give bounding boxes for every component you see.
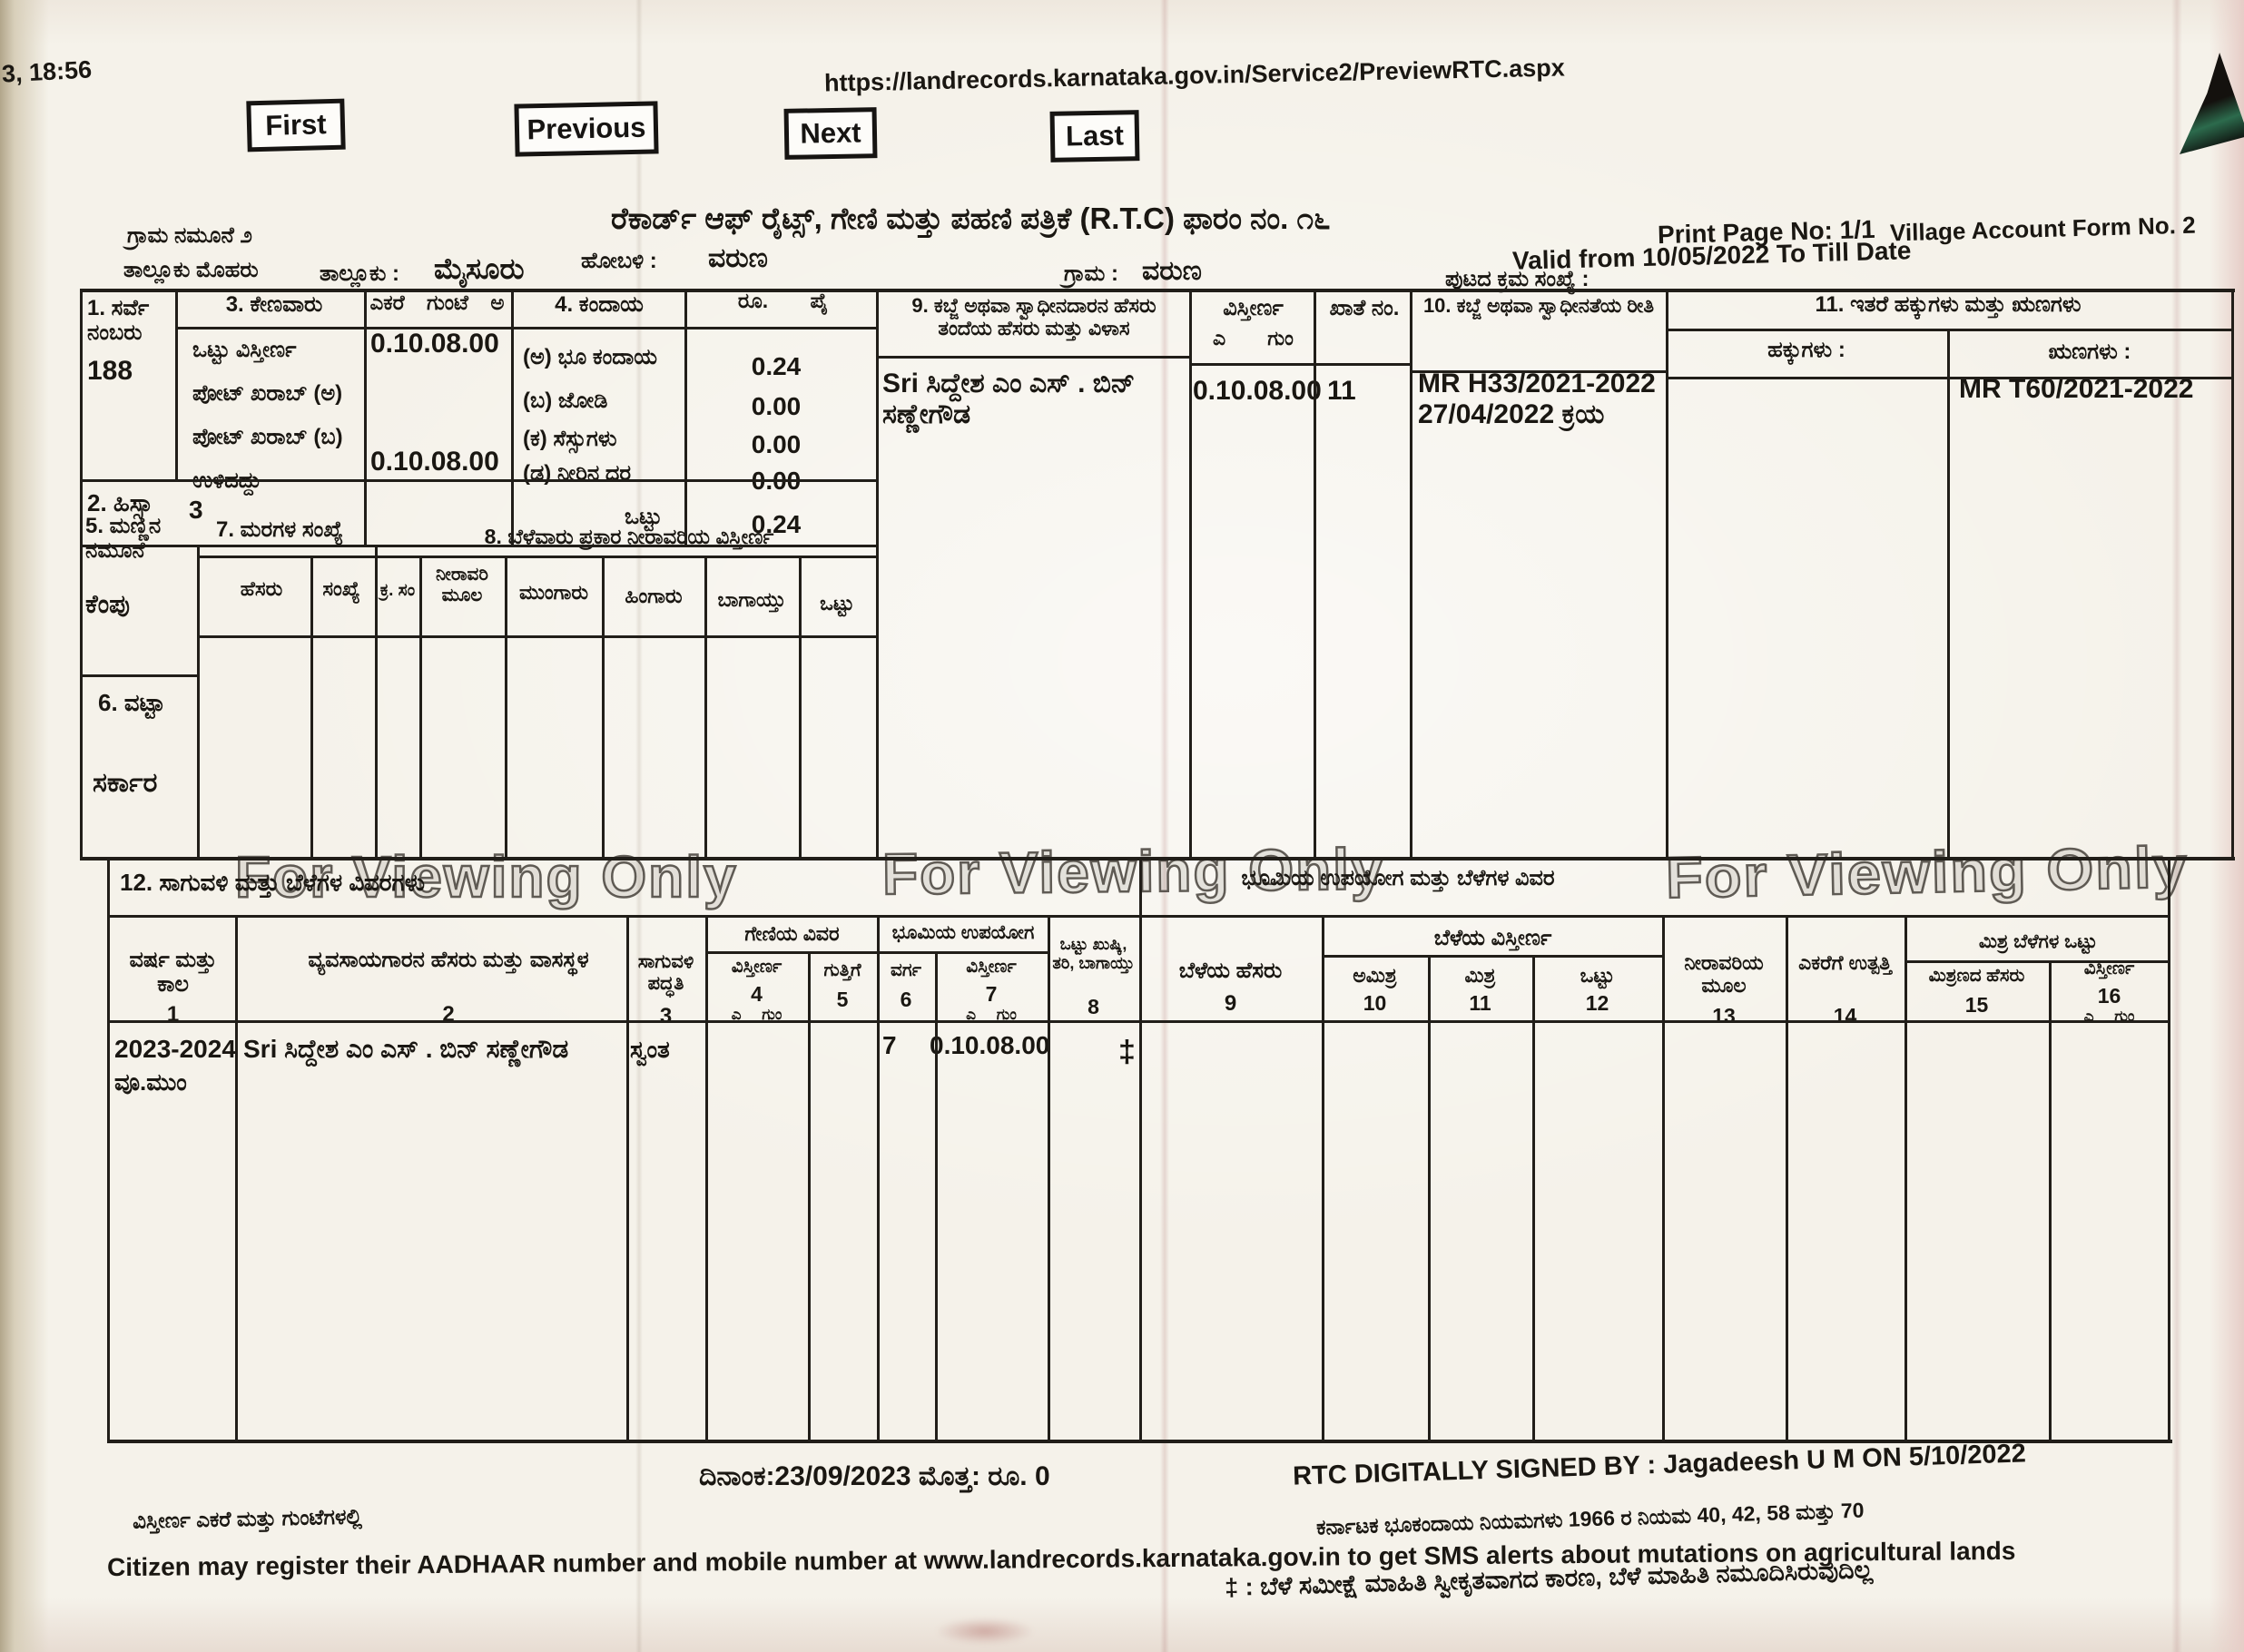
- col5-header: ಗುತ್ತಿಗೆ: [810, 960, 875, 981]
- digitally-signed-text: RTC DIGITALLY SIGNED BY : Jagadeesh U M …: [1293, 1439, 2027, 1491]
- extent-row-label: ಒಟ್ಟು ವಿಸ್ತೀರ್ಣ: [192, 338, 296, 362]
- col5-number: 5: [810, 988, 875, 1011]
- occupant-header: 9. ಕಬ್ಜೆ ಅಥವಾ ಸ್ವಾಧೀನದಾರನ ಹೆಸರು ತಂದೆಯ ಹೆ…: [885, 294, 1183, 339]
- village-account-form-no: Village Account Form No. 2: [1890, 212, 2196, 247]
- tree-count-label: ಸಂಖ್ಯೆ: [310, 577, 372, 600]
- grid-line: [197, 556, 878, 558]
- col6-header: ವರ್ಗ: [879, 960, 933, 981]
- grid-line: [107, 857, 110, 1443]
- grid-line: [684, 289, 687, 546]
- grid-line: [107, 915, 2170, 918]
- next-button[interactable]: Next: [784, 107, 878, 160]
- kharif-label: ಮುಂಗಾರು: [507, 581, 601, 604]
- crop-row-extent: 0.10.08.00: [930, 1031, 1049, 1060]
- col11-number: 11: [1430, 991, 1530, 1015]
- section12-label: 12. ಸಾಗುವಳಿ ಮತ್ತು ಬೆಳೆಗಳ ವಿವರಗಳು: [120, 870, 425, 897]
- kandaya-row-value: 0.00: [722, 467, 831, 496]
- kandaya-row-label: (ಡ) ನೀರಿನ ದರ: [523, 461, 631, 486]
- crop-extent-group-label: ಬೆಳೆಯ ವಿಸ್ತೀರ್ಣ: [1324, 926, 1662, 950]
- grid-line: [175, 289, 178, 481]
- acquisition-mode-value: MR H33/2021-2022 27/04/2022 ಕ್ರಯ: [1418, 369, 1668, 430]
- grid-line: [876, 356, 1192, 359]
- tenancy-group-label: ಗೇಣಿಯ ವಿವರ: [707, 922, 877, 945]
- grid-line: [310, 556, 313, 859]
- crop-row-year: 2023-2024: [114, 1035, 236, 1064]
- survey-no-value: 188: [87, 356, 133, 387]
- col12-header: ಒಟ್ಟು: [1534, 964, 1660, 987]
- col4-header: ವಿಸ್ತೀರ್ಣ: [707, 957, 806, 978]
- col1-number: 1: [113, 1002, 233, 1027]
- col15-header: ಮಿಶ್ರಣದ ಹೆಸರು: [1906, 966, 2047, 987]
- grid-line: [2049, 960, 2052, 1443]
- kandaya-row-label: (ಕ) ಸೆಸ್ಸುಗಳು: [523, 427, 616, 451]
- extent-units-note: ವಿಸ್ತೀರ್ಣ ಎಕರೆ ಮತ್ತು ಗುಂಟೆಗಳಲ್ಲಿ: [133, 1504, 362, 1533]
- clock-text: 3, 18:56: [1, 55, 93, 88]
- kandaya-label: 4. ಕಂದಾಯ: [517, 292, 681, 317]
- hobli-value: ವರುಣ: [708, 243, 768, 274]
- grid-line: [1322, 955, 1664, 958]
- corner-fold-mark: [2180, 53, 2244, 154]
- kandaya-row-value: 0.24: [722, 352, 831, 381]
- col14-number: 14: [1787, 1004, 1903, 1028]
- col16-header: ವಿಸ್ತೀರ್ಣ: [2051, 959, 2168, 979]
- extent-unit-label: ಎಕರೆ ಗುಂಟೆ ಅ: [367, 290, 507, 314]
- first-button[interactable]: First: [246, 99, 345, 152]
- kandaya-unit-label: ರೂ. ಪೈ: [699, 289, 867, 312]
- grid-line: [1139, 857, 1142, 1443]
- paper-crease: [635, 0, 643, 1652]
- rights-label: ಹಕ್ಕುಗಳು :: [1716, 338, 1897, 362]
- col14-header: ಎಕರೆಗೆ ಉತ್ಪತ್ತಿ: [1787, 951, 1903, 974]
- grid-line: [1947, 329, 1950, 859]
- village-label: ಗ್ರಾಮ :: [1064, 261, 1118, 286]
- vatta-value: ಸರ್ಕಾರ: [93, 768, 157, 799]
- grid-line: [1314, 289, 1316, 859]
- crop-row-season: ವೂ.ಮುಂ: [114, 1069, 187, 1096]
- village-form-note-line1: ಗ್ರಾಮ ನಮೂನೆ ೨: [127, 223, 252, 248]
- col11-header: ಮಿಶ್ರ: [1430, 964, 1530, 987]
- col13-header: ನೀರಾವರಿಯ ಮೂಲ: [1664, 951, 1784, 997]
- grid-line: [1786, 915, 1788, 1443]
- remaining-extent-value: 0.10.08.00: [370, 447, 499, 477]
- col7-unit: ಎ ಗುಂ: [937, 1006, 1046, 1023]
- date-amount-text: ದಿನಾಂಕ:23/09/2023 ಮೊತ್ತ: ರೂ. 0: [699, 1461, 1050, 1492]
- village-value: ವರುಣ: [1142, 256, 1202, 287]
- grid-line: [1410, 289, 1412, 859]
- col16-number: 16: [2051, 984, 2168, 1008]
- grid-line: [876, 289, 879, 859]
- col9-header: ಬೆಳೆಯ ಹೆಸರು: [1141, 959, 1320, 983]
- kandaya-row-label: (ಬ) ಜೋಡಿ: [523, 388, 607, 413]
- grid-line: [197, 635, 878, 638]
- village-form-note-line2: ತಾಲ್ಲೂಕು ಮೊಹರು: [123, 258, 259, 282]
- land-revenue-rules-text: ಕರ್ನಾಟಕ ಭೂಕಂದಾಯ ನಿಯಮಗಳು 1966 ರ ನಿಯಮ 40, …: [1316, 1499, 1865, 1539]
- total-extent-value: 0.10.08.00: [370, 329, 499, 359]
- kenavaru-label: 3. ಕೇಣವಾರು: [189, 292, 359, 317]
- paper-crease: [1160, 0, 1169, 1652]
- rabi-label: ಹಿಂಗಾರು: [605, 585, 703, 607]
- col2-number: 2: [272, 1002, 625, 1027]
- irrigation-source-label: ನೀರಾವರಿ ಮೂಲ: [421, 565, 503, 606]
- acquisition-mode-header: 10. ಕಬ್ಜೆ ಅಥವಾ ಸ್ವಾಧೀನತೆಯ ರೀತಿ: [1416, 294, 1661, 317]
- col6-number: 6: [879, 988, 933, 1011]
- kandaya-row-value: 0.00: [722, 392, 831, 421]
- khata-no-header: ಖಾತೆ ನಂ.: [1324, 296, 1405, 320]
- col8-header: ಒಟ್ಟು ಖುಷ್ಕಿ, ತರಿ, ಬಾಗಾಯ್ತು: [1049, 935, 1137, 972]
- grid-line: [80, 857, 2235, 860]
- page-serial-label: ಪುಟದ ಕ್ರಮ ಸಂಖ್ಯೆ :: [1445, 267, 1589, 291]
- col4-number: 4: [707, 982, 806, 1006]
- tree-name-label: ಹೆಸರು: [218, 577, 305, 600]
- col10-number: 10: [1324, 991, 1426, 1015]
- page-title: ರೆಕಾರ್ಡ್ ಆಫ್ ರೈಟ್ಸ್, ಗೇಣಿ ಮತ್ತು ಪಹಣಿ ಪತ್…: [611, 202, 1330, 236]
- col3-number: 3: [628, 1004, 704, 1028]
- ink-smudge: [935, 1618, 1035, 1645]
- extent-col-value: 0.10.08.00: [1193, 376, 1322, 407]
- garden-label: ಬಾಗಾಯ್ತು: [706, 588, 797, 611]
- previous-button[interactable]: Previous: [514, 101, 658, 156]
- paper-crease: [2171, 0, 2182, 1652]
- grid-line: [511, 289, 514, 546]
- total-col-label: ಒಟ್ಟು: [801, 592, 873, 615]
- last-button[interactable]: Last: [1050, 110, 1140, 162]
- kandaya-row-label: (ಅ) ಭೂ ಕಂದಾಯ: [523, 345, 657, 369]
- taluk-label: ತಾಲ್ಲೂಕು :: [320, 261, 399, 286]
- grid-line: [80, 289, 83, 860]
- occupant-name-value: Sri ಸಿದ್ದೇಶ ಎಂ ಎಸ್ . ಬಿನ್ ಸಣ್ಣೇಗೌಡ: [882, 369, 1182, 430]
- crop-survey-mark: ‡: [1118, 1035, 1136, 1070]
- col1-header: ವರ್ಷ ಮತ್ತು ಕಾಲ: [113, 948, 233, 998]
- page-url: https://landrecords.karnataka.gov.in/Ser…: [824, 54, 1565, 97]
- grid-line: [1532, 955, 1535, 1443]
- col7-header: ವಿಸ್ತೀರ್ಣ: [937, 957, 1046, 978]
- landuse-subgroup-label: ಭೂಮಿಯ ಉಪಯೋಗ: [879, 922, 1048, 944]
- col13-number: 13: [1664, 1004, 1784, 1028]
- vatta-label: 6. ವಟ್ಟಾ: [98, 690, 165, 717]
- extent-row-label: ಉಳಿದದ್ದು: [192, 468, 261, 493]
- serial-no-label: ಕ್ರ. ಸಂ: [377, 581, 418, 601]
- grid-line: [80, 674, 200, 677]
- landuse-group-label: ಭೂಮಿಯ ಉಪಯೋಗ ಮತ್ತು ಬೆಳೆಗಳ ವಿವರ: [1162, 866, 1634, 890]
- extent-row-label: ಪೋಟ್ ಖರಾಬ್ (ಅ): [192, 381, 342, 406]
- col8-number: 8: [1049, 995, 1137, 1018]
- grid-line: [1189, 289, 1192, 859]
- grid-line: [364, 289, 367, 546]
- other-rights-header: 11. ಇತರೆ ಹಕ್ಕುಗಳು ಮತ್ತು ಋಣಗಳು: [1670, 292, 2226, 317]
- trees-label: 7. ಮರಗಳ ಸಂಖ್ಯೆ: [216, 517, 343, 542]
- liabilities-label: ಋಣಗಳು :: [1999, 339, 2180, 364]
- grid-line: [1666, 329, 2234, 331]
- extent-col-header: ವಿಸ್ತೀರ್ಣ: [1196, 296, 1310, 320]
- soil-type-label: 5. ಮಣ್ಣಿನ ನಮೂನೆ: [85, 514, 187, 564]
- khata-no-value: 11: [1327, 376, 1356, 407]
- col15-number: 15: [1906, 993, 2047, 1017]
- extent-col-unit: ಎ ಗುಂ: [1196, 327, 1310, 349]
- grid-line: [2231, 289, 2234, 860]
- crop-row-farmer: Sri ಸಿದ್ದೇಶ ಎಂ ಎಸ್ . ಬಿನ್ ಸಣ್ಣೇಗೌಡ: [243, 1035, 606, 1064]
- col3-header: ಸಾಗುವಳಿ ಪದ್ಧತಿ: [628, 951, 704, 995]
- extent-row-label: ಪೋಟ್ ಖರಾಬ್ (ಬ): [192, 425, 343, 449]
- crop-row-class: 7: [882, 1031, 897, 1060]
- liabilities-value: MR T60/2021-2022: [1959, 374, 2194, 405]
- taluk-value: ಮೈಸೂರು: [434, 252, 525, 285]
- kandaya-row-value: 0.00: [722, 430, 831, 459]
- grid-line: [175, 327, 878, 329]
- grid-line: [1428, 955, 1431, 1443]
- irrigation-extent-label: 8. ಬೆಳೆವಾರು ಪ್ರಕಾರ ನೀರಾವರಿಯ ವಿಸ್ತೀರ್ಣ: [389, 525, 870, 548]
- grid-line: [197, 545, 200, 859]
- grid-line: [808, 951, 811, 1443]
- for-viewing-only-watermark: For Viewing Only: [1665, 833, 2189, 911]
- grid-line: [107, 1440, 2172, 1443]
- col16-unit: ಎ ಗುಂ: [2051, 1008, 2168, 1025]
- col12-number: 12: [1534, 991, 1660, 1015]
- hobli-label: ಹೋಬಳಿ :: [581, 249, 657, 273]
- col4-unit: ಎ ಗುಂ: [707, 1006, 806, 1023]
- col10-header: ಅಮಿಶ್ರ: [1324, 964, 1426, 987]
- col7-number: 7: [937, 982, 1046, 1006]
- col9-number: 9: [1141, 991, 1320, 1016]
- hissa-value: 3: [189, 496, 203, 525]
- rtc-preview-photo: 3, 18:56 https://landrecords.karnataka.g…: [0, 0, 2244, 1652]
- soil-type-value: ಕೆಂಪು: [85, 590, 130, 619]
- grid-line: [1189, 363, 1412, 366]
- grid-line: [935, 951, 938, 1443]
- survey-no-label: 1. ಸರ್ವೆ ನಂಬರು: [87, 296, 171, 346]
- grid-line: [705, 951, 1049, 954]
- col2-header: ವ್ಯವಸಾಯಗಾರನ ಹೆಸರು ಮತ್ತು ವಾಸಸ್ಥಳ: [272, 948, 625, 972]
- crop-row-method: ಸ್ವಂತ: [630, 1037, 670, 1064]
- grid-line: [235, 915, 238, 1443]
- mixed-crop-group-label: ಮಿಶ್ರ ಬೆಳೆಗಳ ಒಟ್ಟು: [1906, 931, 2170, 953]
